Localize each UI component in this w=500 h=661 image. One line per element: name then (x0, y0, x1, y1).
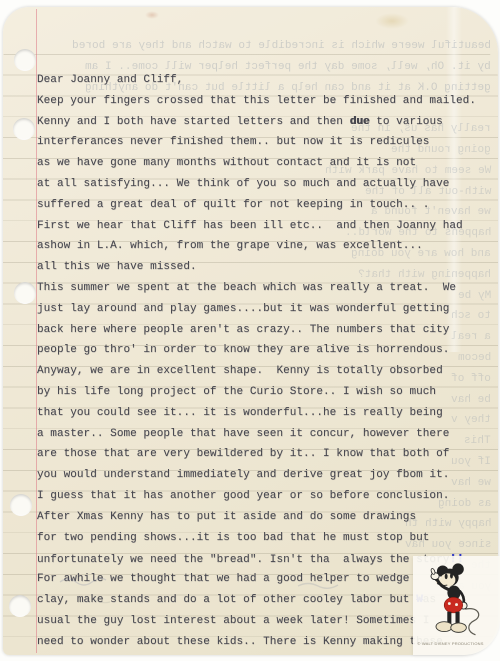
letter-line: Keep your fingers crossed that this lett… (37, 95, 498, 116)
letter-line: This summer we spent at the beach which … (37, 282, 498, 303)
punch-hole (14, 49, 36, 71)
punch-hole (13, 118, 35, 140)
letter-line: a master.. Some people that have seen it… (37, 428, 498, 449)
letter-line: are those that are very bewildered by it… (37, 448, 498, 469)
paper-stain (145, 11, 159, 19)
mickey-mouse-icon (426, 562, 486, 642)
letter-photo: beautiful weere which is incredible to w… (0, 0, 500, 661)
letter-line: back here where people aren't as crazy..… (37, 324, 498, 345)
letter-line: as we have gone many months without cont… (37, 157, 498, 178)
letter-line: that you could see it... it is wonderful… (37, 407, 498, 428)
letter-line: suffered a great deal of quilt for not k… (37, 199, 498, 220)
letter-line: First we hear that Cliff has been ill et… (37, 220, 498, 241)
letter-line: by his life long project of the Curio St… (37, 386, 498, 407)
paper-stain (375, 13, 409, 29)
letter-line: you would understand immediately and der… (37, 469, 498, 490)
mickey-sticker: © WALT DISNEY PRODUCTIONS (413, 556, 500, 655)
letter-line: ashow in L.A. which, from the grape vine… (37, 240, 498, 261)
letter-line: Kenny and I both have started letters an… (37, 116, 498, 137)
letter-line: Dear Joanny and Cliff, (37, 74, 498, 95)
punch-hole (9, 595, 31, 617)
letter-line: people go thro' in order to know they ar… (37, 344, 498, 365)
letter-line: Anyway, we are in excellent shape. Kenny… (37, 365, 498, 386)
letter-line: all this we have missed. (37, 261, 498, 282)
letter-line: for two pending shows...it is too bad th… (37, 532, 498, 553)
punch-hole (14, 282, 36, 304)
sticker-caption: © WALT DISNEY PRODUCTIONS (413, 641, 488, 646)
punch-hole (10, 494, 32, 516)
letter-line: at all satisfying... We think of you so … (37, 178, 498, 199)
letter-line: I guess that it has another good year or… (37, 490, 498, 511)
letter-line: interferances never finished them.. but … (37, 136, 498, 157)
letter-line: After Xmas Kenny has to put it aside and… (37, 511, 498, 532)
letter-line: just lay around and play games....but it… (37, 303, 498, 324)
